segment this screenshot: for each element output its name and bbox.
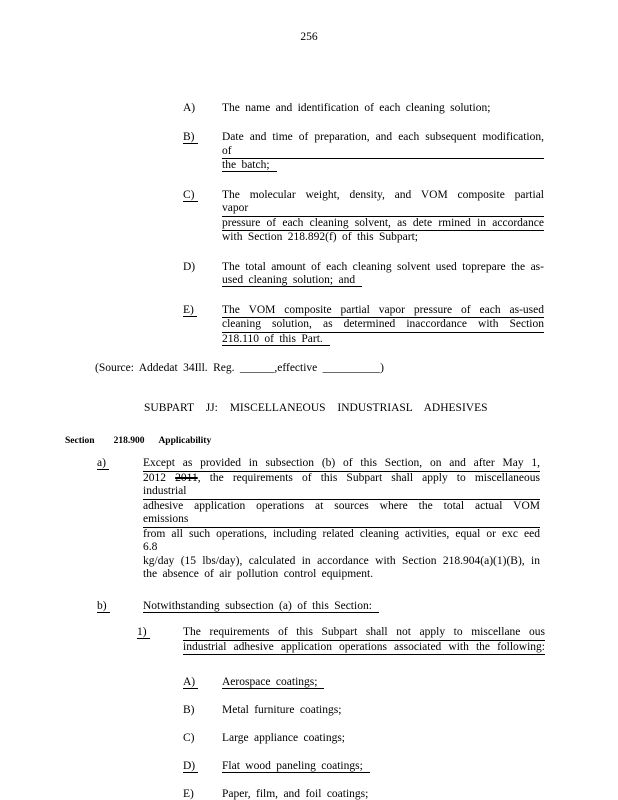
- item-line: with Section 218.892(f) of this Subpart;: [222, 231, 544, 245]
- cleaning-solution-list: A) The name and identification of each c…: [0, 102, 618, 347]
- item-text: Metal furniture coatings;: [222, 704, 544, 718]
- item-label: A): [183, 676, 222, 690]
- source-line: (Source: Addedat 34Ill. Reg. ______,effe…: [95, 362, 618, 376]
- item-line: The total amount of each cleaning solven…: [222, 261, 544, 275]
- item-text: Aerospace coatings;: [222, 676, 544, 690]
- subitem-1: 1) The requirements of this Subpart shal…: [137, 626, 618, 655]
- coatings-exclusion-list: A) Aerospace coatings; B) Metal furnitur…: [0, 676, 618, 800]
- paragraph-line: Except as provided in subsection (b) of …: [143, 457, 540, 472]
- item-text: The molecular weight, density, and VOM c…: [222, 189, 544, 245]
- item-label: E): [183, 304, 222, 347]
- item-text: Flat wood paneling coatings;: [222, 760, 544, 774]
- page-number: 256: [0, 0, 618, 45]
- item-line: cleaning solution, as determined inaccor…: [222, 318, 544, 333]
- item-label: D): [183, 760, 222, 774]
- list-item: A) The name and identification of each c…: [183, 102, 618, 116]
- item-text: The name and identification of each clea…: [222, 102, 544, 116]
- list-item: D) The total amount of each cleaning sol…: [183, 261, 618, 288]
- subsection-text: Notwithstanding subsection (a) of this S…: [143, 600, 540, 614]
- section-number: 218.900: [114, 436, 145, 447]
- list-item: B) Metal furniture coatings;: [183, 704, 618, 718]
- item-line: pressure of each cleaning solvent, as de…: [222, 217, 544, 232]
- paragraph-line: the absence of air pollution control equ…: [143, 568, 540, 582]
- item-line: the batch;: [222, 159, 544, 173]
- item-label: C): [183, 189, 222, 245]
- item-label: C): [183, 732, 222, 746]
- subsection-label: b): [97, 600, 143, 614]
- list-item: E) The VOM composite partial vapor press…: [183, 304, 618, 347]
- item-line: The name and identification of each clea…: [222, 102, 544, 116]
- paragraph-line: industrial adhesive application operatio…: [183, 641, 545, 656]
- subsection-a: a) Except as provided in subsection (b) …: [97, 457, 618, 582]
- list-item: A) Aerospace coatings;: [183, 676, 618, 690]
- list-item: B) Date and time of preparation, and eac…: [183, 131, 618, 173]
- item-label: B): [183, 131, 222, 173]
- item-line: 218.110 of this Part.: [222, 333, 544, 347]
- list-item: E) Paper, film, and foil coatings;: [183, 788, 618, 800]
- subsection-b: b) Notwithstanding subsection (a) of thi…: [97, 600, 618, 614]
- section-title: Applicability: [158, 436, 211, 447]
- paragraph-line: The requirements of this Subpart shall n…: [183, 626, 545, 641]
- paragraph-line: from all such operations, including rela…: [143, 528, 540, 555]
- list-item: D) Flat wood paneling coatings;: [183, 760, 618, 774]
- paragraph-line: kg/day (15 lbs/day), calculated in accor…: [143, 555, 540, 569]
- item-line: The molecular weight, density, and VOM c…: [222, 189, 544, 217]
- subpart-heading: SUBPART JJ: MISCELLANEOUS INDUSTRIASL AD…: [144, 402, 618, 416]
- subitem-label: 1): [137, 626, 183, 655]
- item-text: Large appliance coatings;: [222, 732, 544, 746]
- item-label: B): [183, 704, 222, 718]
- item-line: The VOM composite partial vapor pressure…: [222, 304, 544, 319]
- item-label: D): [183, 261, 222, 288]
- item-label: A): [183, 102, 222, 116]
- subsection-label: a): [97, 457, 143, 582]
- list-item: C) The molecular weight, density, and VO…: [183, 189, 618, 245]
- item-text: The VOM composite partial vapor pressure…: [222, 304, 544, 347]
- item-line: used cleaning solution; and: [222, 274, 544, 288]
- item-text: Paper, film, and foil coatings;: [222, 788, 544, 800]
- paragraph-line: 2012 2011, the requirements of this Subp…: [143, 472, 540, 500]
- item-label: E): [183, 788, 222, 800]
- item-text: The total amount of each cleaning solven…: [222, 261, 544, 288]
- item-text: Date and time of preparation, and each s…: [222, 131, 544, 173]
- subitem-text: The requirements of this Subpart shall n…: [183, 626, 545, 655]
- struck-text: 2011: [175, 472, 198, 484]
- paragraph-line: Notwithstanding subsection (a) of this S…: [143, 600, 540, 614]
- section-word: Section: [65, 436, 95, 447]
- item-line: Date and time of preparation, and each s…: [222, 131, 544, 159]
- paragraph-line: adhesive application operations at sourc…: [143, 500, 540, 528]
- document-page: 256 A) The name and identification of ea…: [0, 0, 618, 800]
- section-header: Section 218.900 Applicability: [0, 436, 618, 447]
- subsection-text: Except as provided in subsection (b) of …: [143, 457, 540, 582]
- list-item: C) Large appliance coatings;: [183, 732, 618, 746]
